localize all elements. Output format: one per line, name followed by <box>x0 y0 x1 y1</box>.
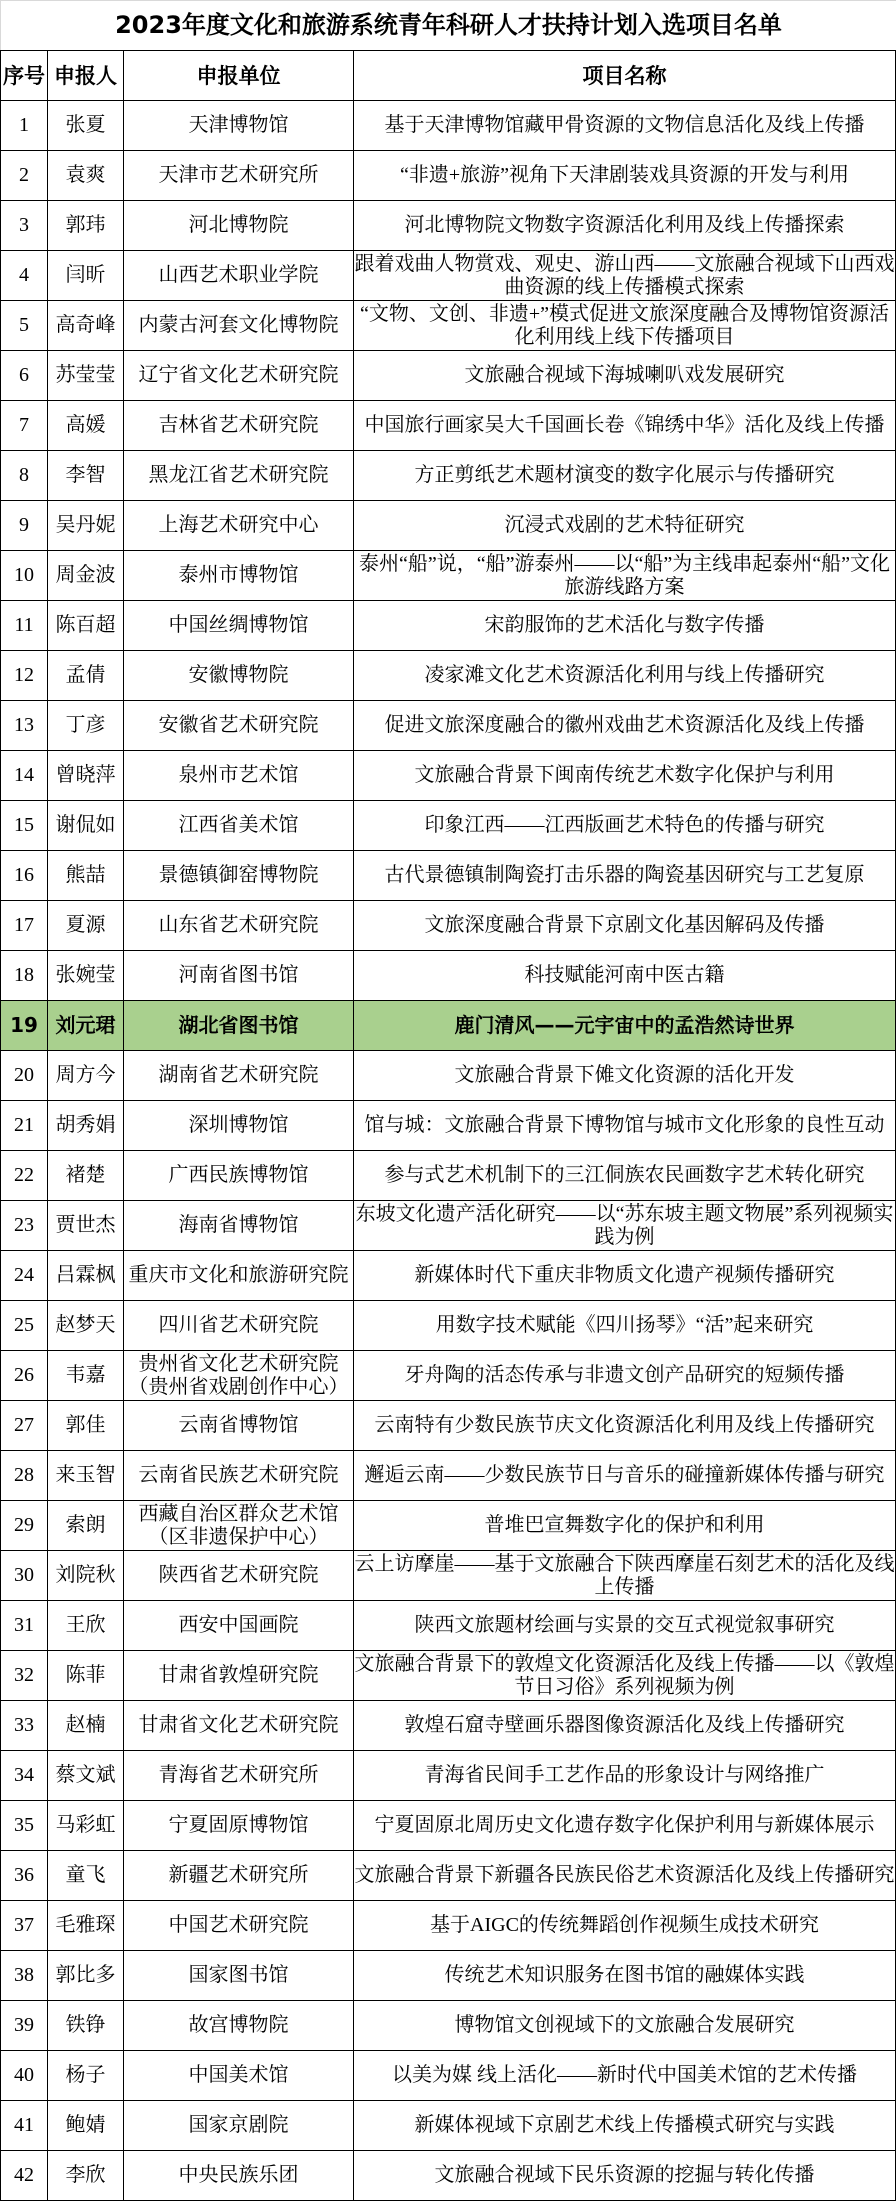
cell-serial-number: 36 <box>1 1851 48 1901</box>
cell-serial-number: 37 <box>1 1901 48 1951</box>
cell-applicant: 来玉智 <box>48 1451 124 1501</box>
cell-institution: 中国艺术研究院 <box>124 1901 354 1951</box>
cell-project-title: 文旅融合背景下闽南传统艺术数字化保护与利用 <box>354 751 896 801</box>
cell-project-title: 东坡文化遗产活化研究——以“苏东坡主题文物展”系列视频实践为例 <box>354 1201 896 1251</box>
cell-institution: 山西艺术职业学院 <box>124 251 354 301</box>
cell-serial-number: 33 <box>1 1701 48 1751</box>
table-row: 33 赵楠 甘肃省文化艺术研究院 敦煌石窟寺壁画乐器图像资源活化及线上传播研究 <box>1 1701 896 1751</box>
table-row: 26 韦嘉 贵州省文化艺术研究院（贵州省戏剧创作中心） 牙舟陶的活态传承与非遗文… <box>1 1351 896 1401</box>
cell-project-title: 新媒体视域下京剧艺术线上传播模式研究与实践 <box>354 2101 896 2151</box>
cell-serial-number: 6 <box>1 351 48 401</box>
cell-applicant: 张婉莹 <box>48 951 124 1001</box>
cell-institution: 青海省艺术研究所 <box>124 1751 354 1801</box>
cell-serial-number: 12 <box>1 651 48 701</box>
cell-serial-number: 1 <box>1 101 48 151</box>
cell-serial-number: 17 <box>1 901 48 951</box>
cell-serial-number: 19 <box>1 1001 48 1051</box>
cell-applicant: 吕霖枫 <box>48 1251 124 1301</box>
cell-serial-number: 8 <box>1 451 48 501</box>
cell-project-title: 陕西文旅题材绘画与实景的交互式视觉叙事研究 <box>354 1601 896 1651</box>
table-row: 37 毛雅琛 中国艺术研究院 基于AIGC的传统舞蹈创作视频生成技术研究 <box>1 1901 896 1951</box>
cell-serial-number: 34 <box>1 1751 48 1801</box>
cell-project-title: 新媒体时代下重庆非物质文化遗产视频传播研究 <box>354 1251 896 1301</box>
table-row: 41 鲍婧 国家京剧院 新媒体视域下京剧艺术线上传播模式研究与实践 <box>1 2101 896 2151</box>
cell-applicant: 丁彦 <box>48 701 124 751</box>
cell-project-title: 跟着戏曲人物赏戏、观史、游山西——文旅融合视域下山西戏曲资源的线上传播模式探索 <box>354 251 896 301</box>
cell-serial-number: 24 <box>1 1251 48 1301</box>
cell-project-title: 文旅融合背景下新疆各民族民俗艺术资源活化及线上传播研究 <box>354 1851 896 1901</box>
table-row: 27 郭佳 云南省博物馆 云南特有少数民族节庆文化资源活化利用及线上传播研究 <box>1 1401 896 1451</box>
table-row: 14 曾晓萍 泉州市艺术馆 文旅融合背景下闽南传统艺术数字化保护与利用 <box>1 751 896 801</box>
header-institution: 申报单位 <box>124 51 354 101</box>
cell-applicant: 王欣 <box>48 1601 124 1651</box>
table-row: 21 胡秀娟 深圳博物馆 馆与城：文旅融合背景下博物馆与城市文化形象的良性互动 <box>1 1101 896 1151</box>
cell-institution: 安徽省艺术研究院 <box>124 701 354 751</box>
table-row: 30 刘院秋 陕西省艺术研究院 云上访摩崖——基于文旅融合下陕西摩崖石刻艺术的活… <box>1 1551 896 1601</box>
cell-institution: 江西省美术馆 <box>124 801 354 851</box>
cell-serial-number: 23 <box>1 1201 48 1251</box>
table-row: 17 夏源 山东省艺术研究院 文旅深度融合背景下京剧文化基因解码及传播 <box>1 901 896 951</box>
cell-applicant: 孟倩 <box>48 651 124 701</box>
table-row: 39 铁铮 故宫博物院 博物馆文创视域下的文旅融合发展研究 <box>1 2001 896 2051</box>
cell-serial-number: 38 <box>1 1951 48 2001</box>
cell-applicant: 童飞 <box>48 1851 124 1901</box>
cell-applicant: 蔡文斌 <box>48 1751 124 1801</box>
cell-project-title: 参与式艺术机制下的三江侗族农民画数字艺术转化研究 <box>354 1151 896 1201</box>
cell-serial-number: 31 <box>1 1601 48 1651</box>
cell-institution: 云南省博物馆 <box>124 1401 354 1451</box>
table-row: 6 苏莹莹 辽宁省文化艺术研究院 文旅融合视域下海城喇叭戏发展研究 <box>1 351 896 401</box>
cell-institution: 云南省民族艺术研究院 <box>124 1451 354 1501</box>
cell-serial-number: 40 <box>1 2051 48 2101</box>
cell-project-title: 宁夏固原北周历史文化遗存数字化保护利用与新媒体展示 <box>354 1801 896 1851</box>
cell-institution: 中央民族乐团 <box>124 2151 354 2201</box>
cell-applicant: 张夏 <box>48 101 124 151</box>
cell-institution: 天津市艺术研究所 <box>124 151 354 201</box>
table-row-highlighted: 19 刘元珺 湖北省图书馆 鹿门清风——元宇宙中的孟浩然诗世界 <box>1 1001 896 1051</box>
cell-applicant: 陈菲 <box>48 1651 124 1701</box>
cell-project-title: 河北博物院文物数字资源活化利用及线上传播探索 <box>354 201 896 251</box>
table-row: 28 来玉智 云南省民族艺术研究院 邂逅云南——少数民族节日与音乐的碰撞新媒体传… <box>1 1451 896 1501</box>
cell-institution: 黑龙江省艺术研究院 <box>124 451 354 501</box>
cell-applicant: 韦嘉 <box>48 1351 124 1401</box>
cell-serial-number: 39 <box>1 2001 48 2051</box>
table-row: 29 索朗 西藏自治区群众艺术馆（区非遗保护中心） 普堆巴宣舞数字化的保护和利用 <box>1 1501 896 1551</box>
cell-serial-number: 29 <box>1 1501 48 1551</box>
cell-serial-number: 4 <box>1 251 48 301</box>
cell-applicant: 苏莹莹 <box>48 351 124 401</box>
cell-applicant: 李欣 <box>48 2151 124 2201</box>
cell-institution: 四川省艺术研究院 <box>124 1301 354 1351</box>
cell-institution: 新疆艺术研究所 <box>124 1851 354 1901</box>
table-row: 4 闫昕 山西艺术职业学院 跟着戏曲人物赏戏、观史、游山西——文旅融合视域下山西… <box>1 251 896 301</box>
cell-applicant: 郭比多 <box>48 1951 124 2001</box>
cell-applicant: 赵梦天 <box>48 1301 124 1351</box>
cell-serial-number: 26 <box>1 1351 48 1401</box>
cell-institution: 中国丝绸博物馆 <box>124 601 354 651</box>
cell-serial-number: 11 <box>1 601 48 651</box>
cell-serial-number: 9 <box>1 501 48 551</box>
cell-project-title: 科技赋能河南中医古籍 <box>354 951 896 1001</box>
cell-project-title: 文旅融合视域下海城喇叭戏发展研究 <box>354 351 896 401</box>
header-applicant: 申报人 <box>48 51 124 101</box>
cell-project-title: 基于天津博物馆藏甲骨资源的文物信息活化及线上传播 <box>354 101 896 151</box>
cell-applicant: 袁爽 <box>48 151 124 201</box>
cell-applicant: 马彩虹 <box>48 1801 124 1851</box>
cell-institution: 山东省艺术研究院 <box>124 901 354 951</box>
cell-institution: 吉林省艺术研究院 <box>124 401 354 451</box>
table-row: 20 周方今 湖南省艺术研究院 文旅融合背景下傩文化资源的活化开发 <box>1 1051 896 1101</box>
selection-list-table: 序号 申报人 申报单位 项目名称 1 张夏 天津博物馆 基于天津博物馆藏甲骨资源… <box>0 50 896 2201</box>
cell-institution: 中国美术馆 <box>124 2051 354 2101</box>
cell-serial-number: 20 <box>1 1051 48 1101</box>
cell-project-title: 古代景德镇制陶瓷打击乐器的陶瓷基因研究与工艺复原 <box>354 851 896 901</box>
cell-applicant: 吴丹妮 <box>48 501 124 551</box>
table-row: 5 高奇峰 内蒙古河套文化博物院 “文物、文创、非遗+”模式促进文旅深度融合及博… <box>1 301 896 351</box>
table-row: 38 郭比多 国家图书馆 传统艺术知识服务在图书馆的融媒体实践 <box>1 1951 896 2001</box>
cell-institution: 宁夏固原博物馆 <box>124 1801 354 1851</box>
cell-applicant: 郭佳 <box>48 1401 124 1451</box>
table-row: 2 袁爽 天津市艺术研究所 “非遗+旅游”视角下天津剧装戏具资源的开发与利用 <box>1 151 896 201</box>
cell-project-title: 印象江西——江西版画艺术特色的传播与研究 <box>354 801 896 851</box>
cell-project-title: 促进文旅深度融合的徽州戏曲艺术资源活化及线上传播 <box>354 701 896 751</box>
table-row: 32 陈菲 甘肃省敦煌研究院 文旅融合背景下的敦煌文化资源活化及线上传播——以《… <box>1 1651 896 1701</box>
cell-institution: 景德镇御窑博物院 <box>124 851 354 901</box>
cell-institution: 河南省图书馆 <box>124 951 354 1001</box>
cell-applicant: 杨子 <box>48 2051 124 2101</box>
cell-applicant: 熊喆 <box>48 851 124 901</box>
table-row: 31 王欣 西安中国画院 陕西文旅题材绘画与实景的交互式视觉叙事研究 <box>1 1601 896 1651</box>
table-row: 8 李智 黑龙江省艺术研究院 方正剪纸艺术题材演变的数字化展示与传播研究 <box>1 451 896 501</box>
cell-serial-number: 18 <box>1 951 48 1001</box>
cell-serial-number: 10 <box>1 551 48 601</box>
cell-institution: 贵州省文化艺术研究院（贵州省戏剧创作中心） <box>124 1351 354 1401</box>
cell-project-title: 传统艺术知识服务在图书馆的融媒体实践 <box>354 1951 896 2001</box>
table-row: 23 贾世杰 海南省博物馆 东坡文化遗产活化研究——以“苏东坡主题文物展”系列视… <box>1 1201 896 1251</box>
cell-project-title: 文旅融合背景下傩文化资源的活化开发 <box>354 1051 896 1101</box>
cell-institution: 海南省博物馆 <box>124 1201 354 1251</box>
cell-applicant: 陈百超 <box>48 601 124 651</box>
cell-institution: 甘肃省文化艺术研究院 <box>124 1701 354 1751</box>
cell-project-title: 文旅深度融合背景下京剧文化基因解码及传播 <box>354 901 896 951</box>
cell-institution: 西藏自治区群众艺术馆（区非遗保护中心） <box>124 1501 354 1551</box>
cell-project-title: 方正剪纸艺术题材演变的数字化展示与传播研究 <box>354 451 896 501</box>
cell-serial-number: 28 <box>1 1451 48 1501</box>
cell-institution: 甘肃省敦煌研究院 <box>124 1651 354 1701</box>
table-row: 10 周金波 泰州市博物馆 泰州“船”说，“船”游泰州——以“船”为主线串起泰州… <box>1 551 896 601</box>
table-row: 36 童飞 新疆艺术研究所 文旅融合背景下新疆各民族民俗艺术资源活化及线上传播研… <box>1 1851 896 1901</box>
table-row: 11 陈百超 中国丝绸博物馆 宋韵服饰的艺术活化与数字传播 <box>1 601 896 651</box>
cell-project-title: 文旅融合视域下民乐资源的挖掘与转化传播 <box>354 2151 896 2201</box>
cell-serial-number: 21 <box>1 1101 48 1151</box>
table-row: 42 李欣 中央民族乐团 文旅融合视域下民乐资源的挖掘与转化传播 <box>1 2151 896 2201</box>
table-row: 35 马彩虹 宁夏固原博物馆 宁夏固原北周历史文化遗存数字化保护利用与新媒体展示 <box>1 1801 896 1851</box>
header-project-title: 项目名称 <box>354 51 896 101</box>
cell-project-title: 中国旅行画家吴大千国画长卷《锦绣中华》活化及线上传播 <box>354 401 896 451</box>
table-row: 3 郭玮 河北博物院 河北博物院文物数字资源活化利用及线上传播探索 <box>1 201 896 251</box>
cell-project-title: 泰州“船”说，“船”游泰州——以“船”为主线串起泰州“船”文化旅游线路方案 <box>354 551 896 601</box>
cell-serial-number: 7 <box>1 401 48 451</box>
cell-project-title: 凌家滩文化艺术资源活化利用与线上传播研究 <box>354 651 896 701</box>
cell-serial-number: 3 <box>1 201 48 251</box>
table-row: 12 孟倩 安徽博物院 凌家滩文化艺术资源活化利用与线上传播研究 <box>1 651 896 701</box>
cell-applicant: 赵楠 <box>48 1701 124 1751</box>
cell-applicant: 毛雅琛 <box>48 1901 124 1951</box>
cell-project-title: 宋韵服饰的艺术活化与数字传播 <box>354 601 896 651</box>
cell-institution: 广西民族博物馆 <box>124 1151 354 1201</box>
cell-project-title: 沉浸式戏剧的艺术特征研究 <box>354 501 896 551</box>
cell-project-title: 以美为媒 线上活化——新时代中国美术馆的艺术传播 <box>354 2051 896 2101</box>
cell-project-title: 博物馆文创视域下的文旅融合发展研究 <box>354 2001 896 2051</box>
cell-applicant: 闫昕 <box>48 251 124 301</box>
page-title: 2023年度文化和旅游系统青年科研人才扶持计划入选项目名单 <box>0 0 896 50</box>
cell-institution: 安徽博物院 <box>124 651 354 701</box>
cell-applicant: 胡秀娟 <box>48 1101 124 1151</box>
cell-project-title: 用数字技术赋能《四川扬琴》“活”起来研究 <box>354 1301 896 1351</box>
cell-serial-number: 15 <box>1 801 48 851</box>
table-row: 7 高媛 吉林省艺术研究院 中国旅行画家吴大千国画长卷《锦绣中华》活化及线上传播 <box>1 401 896 451</box>
cell-institution: 陕西省艺术研究院 <box>124 1551 354 1601</box>
cell-applicant: 贾世杰 <box>48 1201 124 1251</box>
cell-serial-number: 27 <box>1 1401 48 1451</box>
table-row: 1 张夏 天津博物馆 基于天津博物馆藏甲骨资源的文物信息活化及线上传播 <box>1 101 896 151</box>
table-header-row: 序号 申报人 申报单位 项目名称 <box>1 51 896 101</box>
cell-project-title: 基于AIGC的传统舞蹈创作视频生成技术研究 <box>354 1901 896 1951</box>
cell-institution: 天津博物馆 <box>124 101 354 151</box>
cell-institution: 河北博物院 <box>124 201 354 251</box>
table-row: 13 丁彦 安徽省艺术研究院 促进文旅深度融合的徽州戏曲艺术资源活化及线上传播 <box>1 701 896 751</box>
cell-project-title: 邂逅云南——少数民族节日与音乐的碰撞新媒体传播与研究 <box>354 1451 896 1501</box>
cell-project-title: 云南特有少数民族节庆文化资源活化利用及线上传播研究 <box>354 1401 896 1451</box>
table-row: 24 吕霖枫 重庆市文化和旅游研究院 新媒体时代下重庆非物质文化遗产视频传播研究 <box>1 1251 896 1301</box>
cell-serial-number: 14 <box>1 751 48 801</box>
cell-project-title: 鹿门清风——元宇宙中的孟浩然诗世界 <box>354 1001 896 1051</box>
table-row: 22 褚楚 广西民族博物馆 参与式艺术机制下的三江侗族农民画数字艺术转化研究 <box>1 1151 896 1201</box>
cell-institution: 湖南省艺术研究院 <box>124 1051 354 1101</box>
cell-institution: 湖北省图书馆 <box>124 1001 354 1051</box>
cell-project-title: 敦煌石窟寺壁画乐器图像资源活化及线上传播研究 <box>354 1701 896 1751</box>
cell-applicant: 李智 <box>48 451 124 501</box>
cell-institution: 重庆市文化和旅游研究院 <box>124 1251 354 1301</box>
cell-institution: 泰州市博物馆 <box>124 551 354 601</box>
cell-institution: 故宫博物院 <box>124 2001 354 2051</box>
cell-serial-number: 22 <box>1 1151 48 1201</box>
cell-project-title: 牙舟陶的活态传承与非遗文创产品研究的短频传播 <box>354 1351 896 1401</box>
table-row: 15 谢侃如 江西省美术馆 印象江西——江西版画艺术特色的传播与研究 <box>1 801 896 851</box>
cell-applicant: 曾晓萍 <box>48 751 124 801</box>
cell-applicant: 鲍婧 <box>48 2101 124 2151</box>
cell-project-title: 馆与城：文旅融合背景下博物馆与城市文化形象的良性互动 <box>354 1101 896 1151</box>
cell-applicant: 周方今 <box>48 1051 124 1101</box>
cell-serial-number: 5 <box>1 301 48 351</box>
cell-applicant: 周金波 <box>48 551 124 601</box>
cell-serial-number: 2 <box>1 151 48 201</box>
cell-institution: 内蒙古河套文化博物院 <box>124 301 354 351</box>
cell-institution: 深圳博物馆 <box>124 1101 354 1151</box>
cell-applicant: 刘元珺 <box>48 1001 124 1051</box>
table-row: 25 赵梦天 四川省艺术研究院 用数字技术赋能《四川扬琴》“活”起来研究 <box>1 1301 896 1351</box>
cell-applicant: 褚楚 <box>48 1151 124 1201</box>
cell-project-title: “文物、文创、非遗+”模式促进文旅深度融合及博物馆资源活化利用线上线下传播项目 <box>354 301 896 351</box>
cell-project-title: 青海省民间手工艺作品的形象设计与网络推广 <box>354 1751 896 1801</box>
cell-applicant: 夏源 <box>48 901 124 951</box>
table-row: 16 熊喆 景德镇御窑博物院 古代景德镇制陶瓷打击乐器的陶瓷基因研究与工艺复原 <box>1 851 896 901</box>
table-row: 40 杨子 中国美术馆 以美为媒 线上活化——新时代中国美术馆的艺术传播 <box>1 2051 896 2101</box>
table-row: 18 张婉莹 河南省图书馆 科技赋能河南中医古籍 <box>1 951 896 1001</box>
cell-serial-number: 25 <box>1 1301 48 1351</box>
header-serial-number: 序号 <box>1 51 48 101</box>
cell-applicant: 刘院秋 <box>48 1551 124 1601</box>
cell-institution: 国家京剧院 <box>124 2101 354 2151</box>
cell-serial-number: 42 <box>1 2151 48 2201</box>
cell-applicant: 高奇峰 <box>48 301 124 351</box>
cell-project-title: 普堆巴宣舞数字化的保护和利用 <box>354 1501 896 1551</box>
cell-serial-number: 41 <box>1 2101 48 2151</box>
cell-serial-number: 16 <box>1 851 48 901</box>
table-row: 9 吴丹妮 上海艺术研究中心 沉浸式戏剧的艺术特征研究 <box>1 501 896 551</box>
cell-institution: 辽宁省文化艺术研究院 <box>124 351 354 401</box>
cell-institution: 国家图书馆 <box>124 1951 354 2001</box>
cell-institution: 泉州市艺术馆 <box>124 751 354 801</box>
cell-project-title: “非遗+旅游”视角下天津剧装戏具资源的开发与利用 <box>354 151 896 201</box>
cell-applicant: 高媛 <box>48 401 124 451</box>
cell-applicant: 谢侃如 <box>48 801 124 851</box>
cell-serial-number: 35 <box>1 1801 48 1851</box>
cell-applicant: 索朗 <box>48 1501 124 1551</box>
cell-institution: 西安中国画院 <box>124 1601 354 1651</box>
cell-project-title: 文旅融合背景下的敦煌文化资源活化及线上传播——以《敦煌节日习俗》系列视频为例 <box>354 1651 896 1701</box>
cell-serial-number: 13 <box>1 701 48 751</box>
cell-serial-number: 32 <box>1 1651 48 1701</box>
cell-applicant: 郭玮 <box>48 201 124 251</box>
cell-project-title: 云上访摩崖——基于文旅融合下陕西摩崖石刻艺术的活化及线上传播 <box>354 1551 896 1601</box>
cell-applicant: 铁铮 <box>48 2001 124 2051</box>
table-row: 34 蔡文斌 青海省艺术研究所 青海省民间手工艺作品的形象设计与网络推广 <box>1 1751 896 1801</box>
cell-institution: 上海艺术研究中心 <box>124 501 354 551</box>
cell-serial-number: 30 <box>1 1551 48 1601</box>
